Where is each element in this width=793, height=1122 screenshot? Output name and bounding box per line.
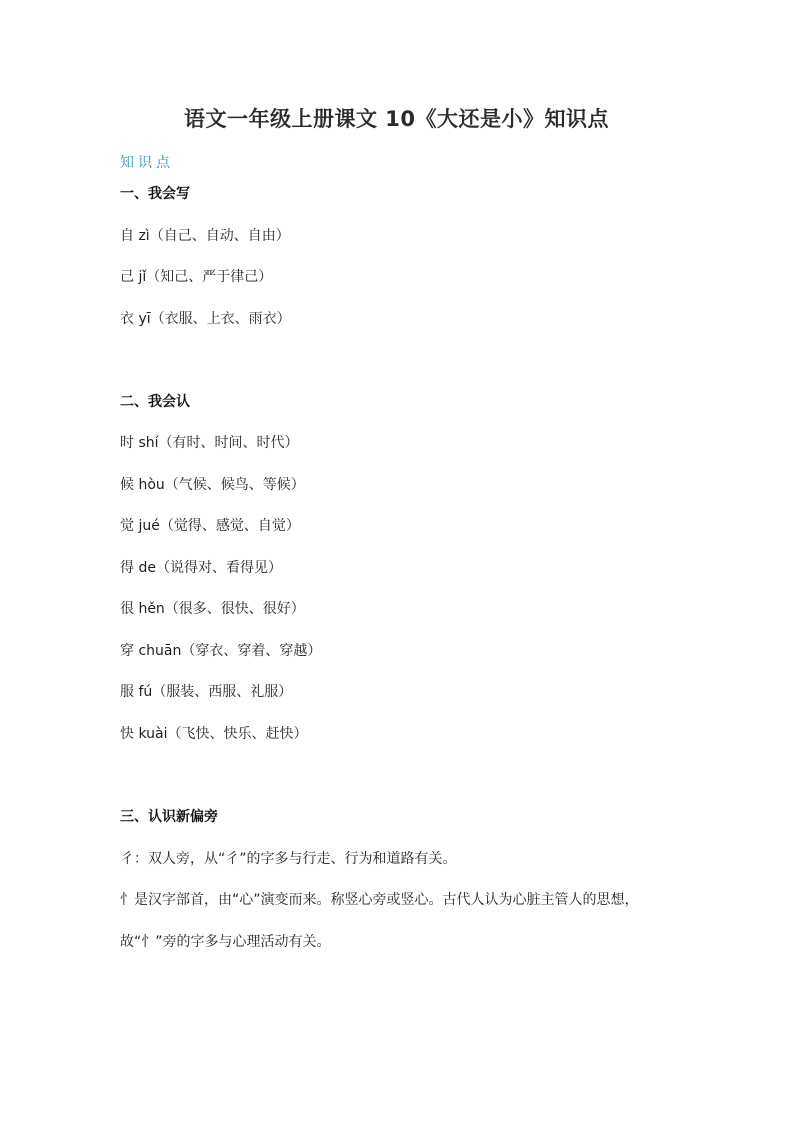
paragraph: 忄是汉字部首，由“心”演变而来。称竖心旁或竖心。古代人认为心脏主管人的思想，: [120, 891, 639, 909]
list-item: 很 hěn（很多、很快、很好）: [120, 600, 305, 618]
list-item: 穿 chuān（穿衣、穿着、穿越）: [120, 642, 321, 660]
paragraph: 故“忄”旁的字多与心理活动有关。: [120, 933, 331, 951]
list-item: 候 hòu（气候、候鸟、等候）: [120, 476, 305, 494]
list-item: 己 jǐ（知己、严于律己）: [120, 268, 272, 286]
subtitle: 知识点: [120, 152, 174, 172]
list-item: 自 zì（自己、自动、自由）: [120, 227, 290, 245]
page-title: 语文一年级上册课文 10《大还是小》知识点: [0, 103, 793, 133]
list-item: 得 de（说得对、看得见）: [120, 559, 282, 577]
list-item: 服 fú（服装、西服、礼服）: [120, 683, 292, 701]
section-heading-write: 一、我会写: [120, 185, 190, 203]
section-heading-radicals: 三、认识新偏旁: [120, 808, 218, 826]
list-item: 时 shí（有时、时间、时代）: [120, 434, 299, 452]
list-item: 快 kuài（飞快、快乐、赶快）: [120, 725, 307, 743]
list-item: 觉 jué（觉得、感觉、自觉）: [120, 517, 300, 535]
paragraph: 彳：双人旁，从“彳”的字多与行走、行为和道路有关。: [120, 850, 457, 868]
section-heading-recognize: 二、我会认: [120, 393, 190, 411]
document-page: 语文一年级上册课文 10《大还是小》知识点 知识点 一、我会写 自 zì（自己、…: [0, 0, 793, 1122]
list-item: 衣 yī（衣服、上衣、雨衣）: [120, 310, 291, 328]
